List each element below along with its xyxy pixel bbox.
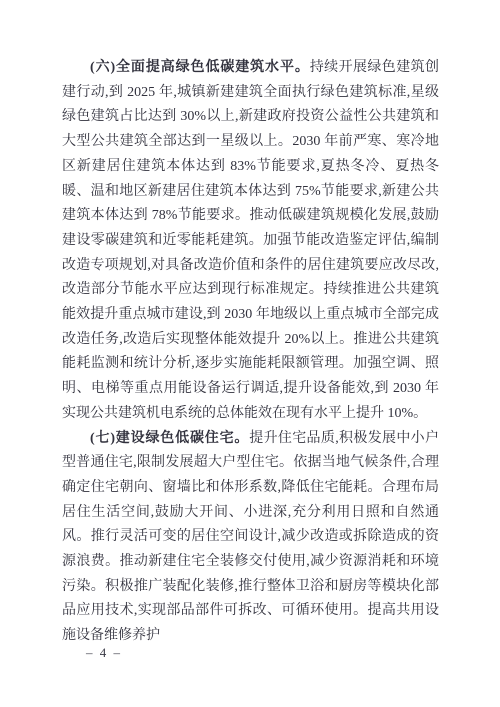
paragraph-heading: (七)建设绿色低碳住宅。 <box>90 431 249 446</box>
document-content: (六)全面提高绿色低碳建筑水平。持续开展绿色建筑创建行动,到 2025 年,城镇… <box>62 56 439 649</box>
paragraph-body: 提升住宅品质,积极发展中小户型普通住宅,限制发展超大户型住宅。依据当地气候条件,… <box>62 431 439 644</box>
paragraph-section-6: (六)全面提高绿色低碳建筑水平。持续开展绿色建筑创建行动,到 2025 年,城镇… <box>62 56 439 427</box>
page-number: – 4 – <box>86 645 122 661</box>
paragraph-heading: (六)全面提高绿色低碳建筑水平。 <box>90 60 310 75</box>
paragraph-section-7: (七)建设绿色低碳住宅。提升住宅品质,积极发展中小户型普通住宅,限制发展超大户型… <box>62 427 439 649</box>
paragraph-body: 持续开展绿色建筑创建行动,到 2025 年,城镇新建建筑全面执行绿色建筑标准,星… <box>62 60 439 421</box>
document-page: (六)全面提高绿色低碳建筑水平。持续开展绿色建筑创建行动,到 2025 年,城镇… <box>0 0 500 707</box>
